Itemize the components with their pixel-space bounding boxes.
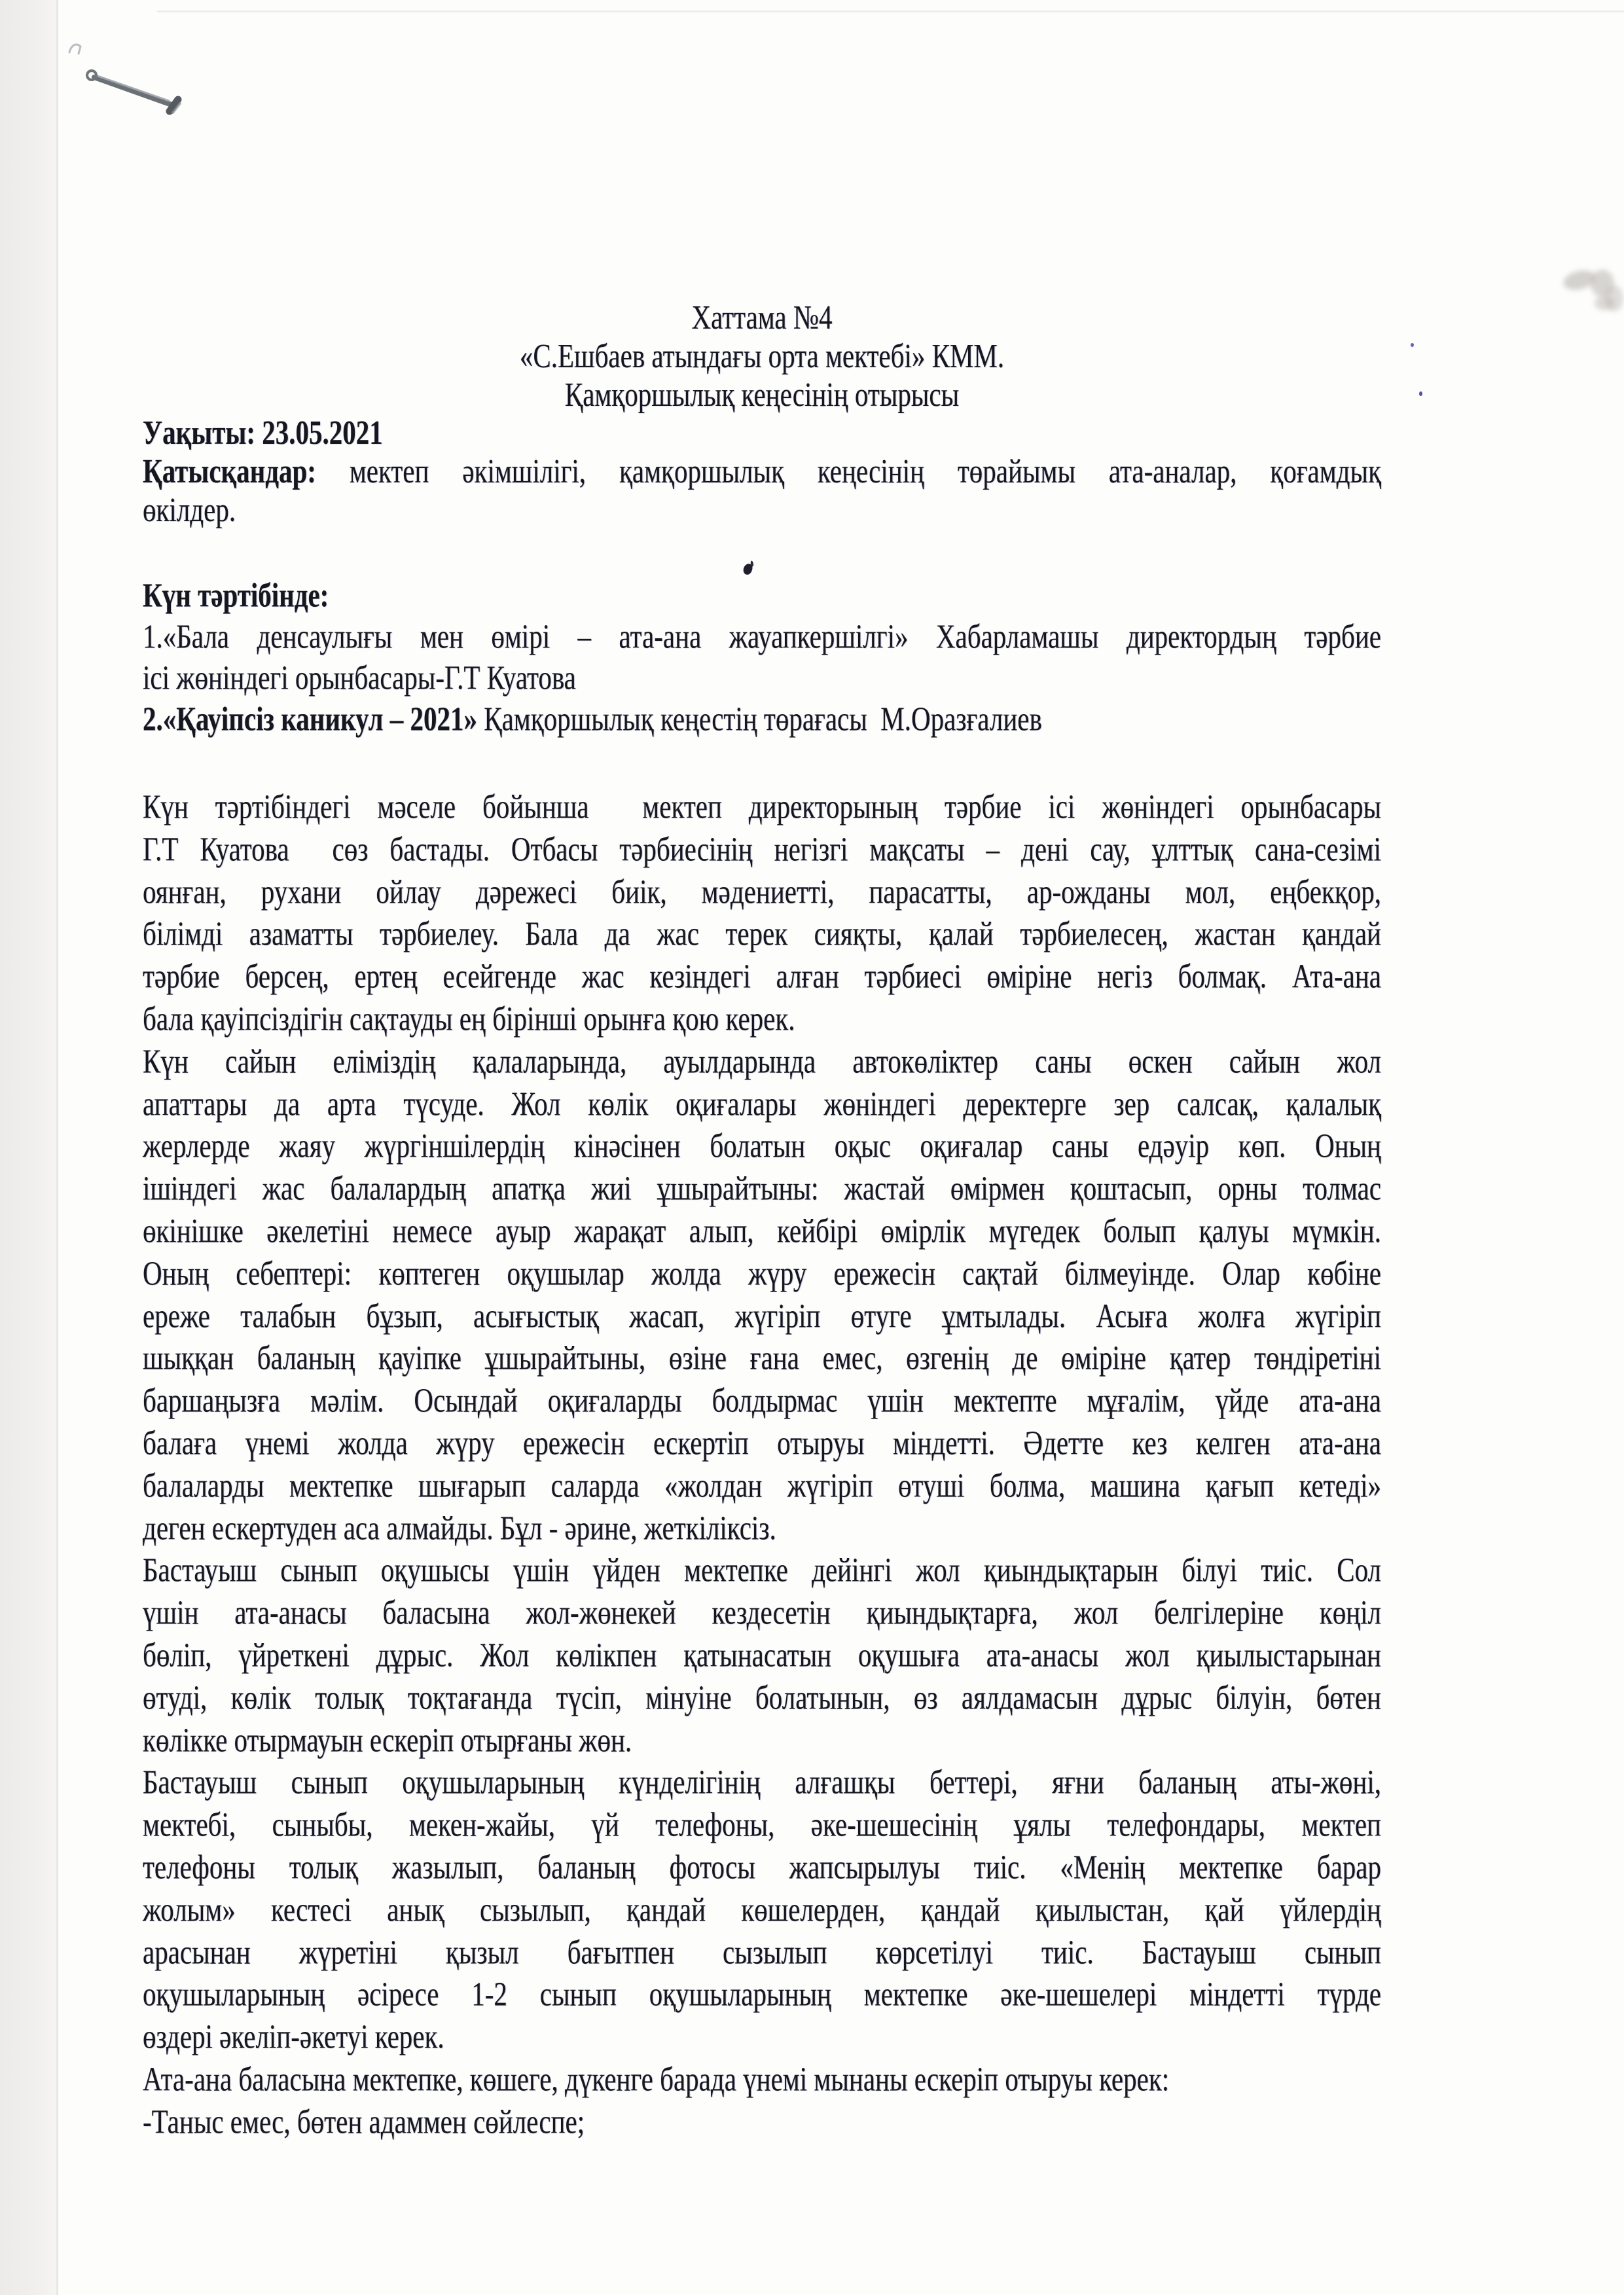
metal-pin-artifact [80,60,191,126]
participants-label: Қатысқандар: [143,452,316,490]
body-section: Күн тәртібіндегі мәселе бойынша мектеп д… [143,786,1381,2144]
smudge-artifact [1605,285,1623,312]
body-text-line: -Таныс емес, бөтен адаммен сөйлеспе; [143,2095,1381,2148]
agenda-item-2-title: 2.«Қауіпсіз каникул – 2021» [143,700,477,738]
agenda-section: Күн тәртібінде: 1.«Бала денсаулығы мен ө… [143,575,1381,740]
document-header: Хаттама №4 «С.Ешбаев атындағы орта мекте… [143,298,1381,530]
scanned-document-page: Хаттама №4 «С.Ешбаев атындағы орта мекте… [0,0,1624,2295]
ink-speck-artifact [1419,391,1422,396]
paper-top-edge [157,10,1624,12]
ink-speck-artifact [1411,343,1414,347]
pencil-mark-artifact [67,41,86,58]
agenda-item-2-speaker: Қамқоршылық кеңестің төрағасы М.Оразғали… [477,700,1042,738]
agenda-item-2: 2.«Қауіпсіз каникул – 2021» Қамқоршылық … [143,693,1381,745]
participants-text: мектеп әкімшілігі, қамқоршылық кеңесінің… [316,452,1381,490]
participants-continuation: өкілдер. [143,486,1381,534]
scanner-edge-strip [0,0,56,2295]
paper-left-edge [56,0,58,2295]
